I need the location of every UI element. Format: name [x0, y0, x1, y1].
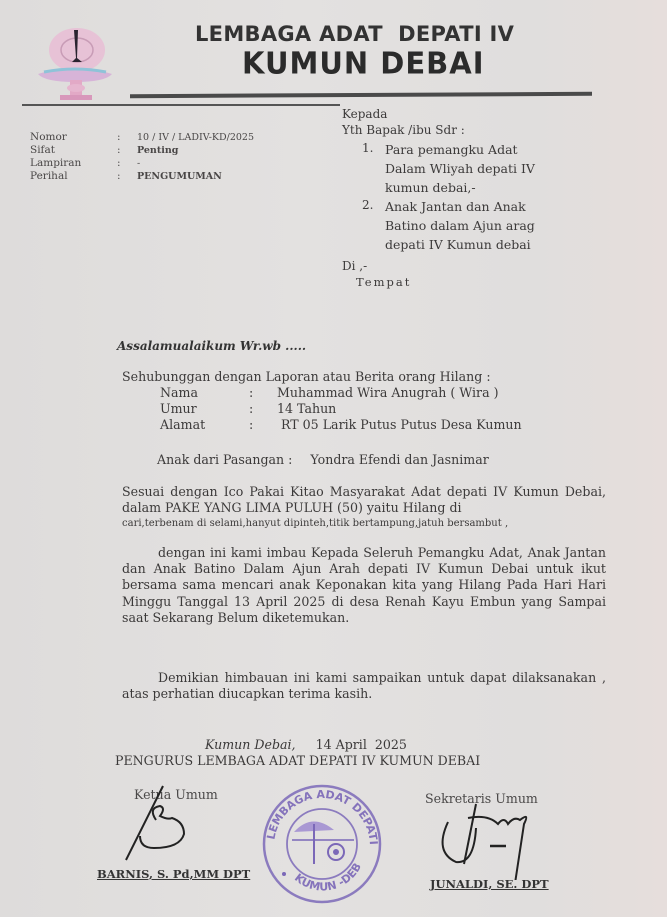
paragraph-closing: Demikian himbauan ini kami sampaikan unt… — [122, 670, 606, 702]
missing-person-details: Nama : Muhammad Wira Anugrah ( Wira ) Um… — [160, 385, 522, 433]
recipient-list: 1. Para pemangku Adat Dalam Wliyah depat… — [362, 140, 545, 254]
paragraph-appeal: dengan ini kami imbau Kepada Seleruh Pem… — [122, 545, 606, 626]
intro-line: Sehubunggan dengan Laporan atau Berita o… — [122, 369, 491, 384]
recipient-item: 2. Anak Jantan dan Anak Batino dalam Aju… — [362, 197, 545, 254]
letter-meta: Nomor : 10 / IV / LADIV-KD/2025 Sifat : … — [30, 131, 254, 183]
detail-row-nama: Nama : Muhammad Wira Anugrah ( Wira ) — [160, 385, 522, 401]
paragraph-custom-law: Sesuai dengan Ico Pakai Kitao Masyarakat… — [122, 484, 606, 533]
parents-label: Anak dari Pasangan : — [157, 452, 292, 467]
chairman-signature-icon — [118, 780, 208, 870]
parents-line: Anak dari Pasangan : Yondra Efendi dan J… — [157, 452, 489, 467]
detail-row-umur: Umur : 14 Tahun — [160, 401, 522, 417]
meta-row-sifat: Sifat : Penting — [30, 144, 254, 157]
recipient-kepada: Kepada — [342, 106, 545, 122]
svg-text:LEMBAGA ADAT DEPATI IV: LEMBAGA ADAT DEPATI IV — [252, 772, 380, 845]
recipient-yth: Yth Bapak /ibu Sdr : — [342, 122, 545, 138]
meta-row-perihal: Perihal : PENGUMUMAN — [30, 170, 254, 183]
greeting: Assalamualaikum Wr.wb ..... — [117, 339, 306, 353]
official-stamp-icon: LEMBAGA ADAT DEPATI IV KUMUN -DEBAI — [252, 772, 392, 912]
parents-value: Yondra Efendi dan Jasnimar — [310, 452, 488, 467]
detail-row-alamat: Alamat : RT 05 Larik Putus Putus Desa Ku… — [160, 417, 522, 433]
secretary-name: JUNALDI, SE. DPT — [430, 877, 549, 891]
org-subtitle: KUMUN DEBAI — [242, 45, 485, 81]
meta-row-nomor: Nomor : 10 / IV / LADIV-KD/2025 — [30, 131, 254, 144]
letter-page: LEMBAGA ADAT DEPATI IV KUMUN DEBAI Nomor… — [0, 0, 667, 917]
header-rule — [130, 92, 592, 98]
recipient-di: Di ,- — [342, 258, 545, 274]
meta-row-lampiran: Lampiran : - — [30, 157, 254, 170]
header-rule-secondary — [22, 104, 340, 106]
place-date: Kumun Debai, 14 April 2025 — [205, 737, 407, 752]
secretary-signature-icon — [428, 800, 558, 880]
recipient-item: 1. Para pemangku Adat Dalam Wliyah depat… — [362, 140, 545, 197]
chairman-name: BARNIS, S. Pd,MM DPT — [97, 867, 250, 881]
oil-lamp-logo-icon — [30, 22, 120, 102]
recipient-block: Kepada Yth Bapak /ibu Sdr : 1. Para pema… — [342, 106, 545, 290]
org-title: LEMBAGA ADAT DEPATI IV — [195, 22, 514, 46]
recipient-tempat: Tempat — [356, 274, 545, 290]
signing-organization: PENGURUS LEMBAGA ADAT DEPATI IV KUMUN DE… — [115, 753, 480, 768]
